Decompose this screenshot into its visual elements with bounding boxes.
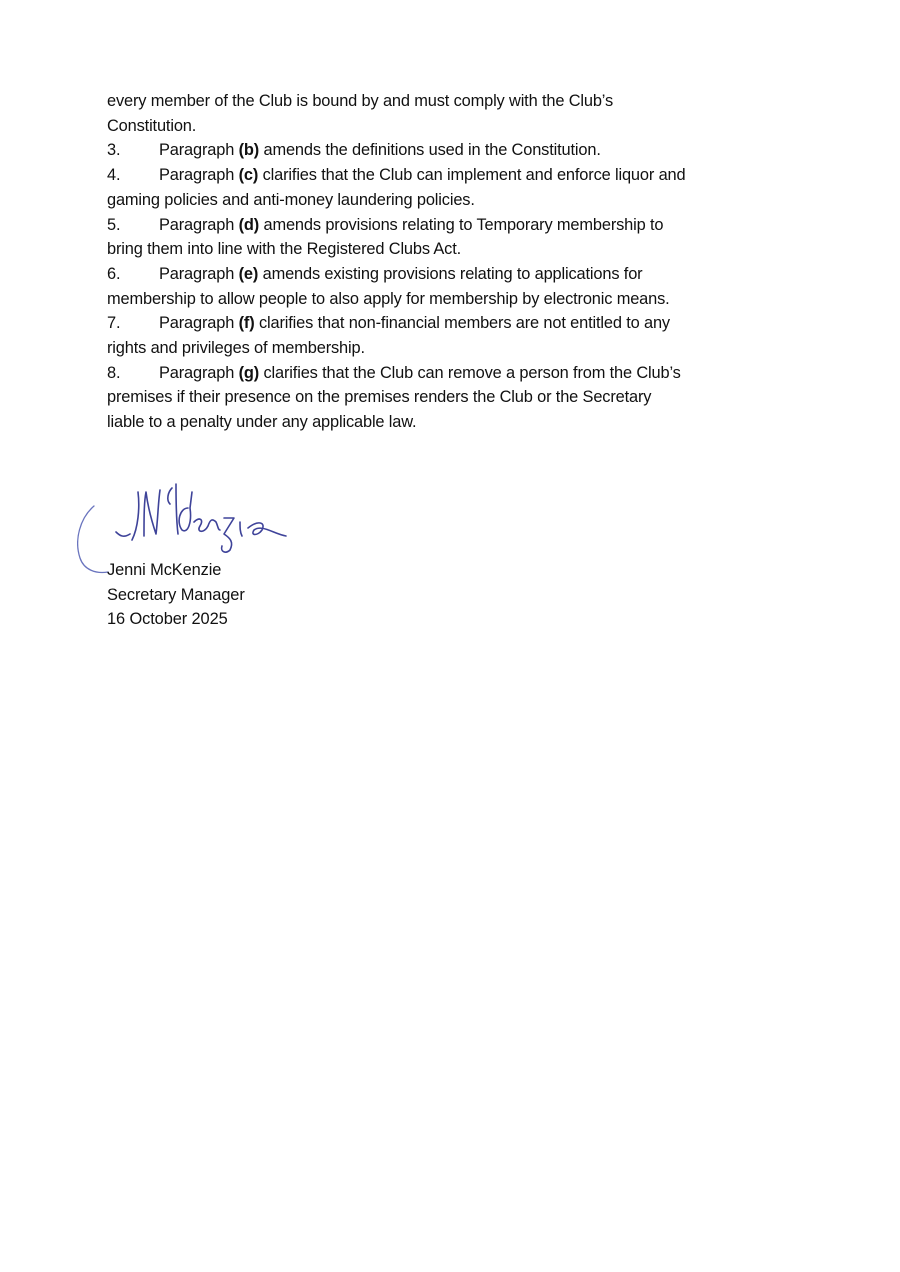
item-number: 3.: [107, 138, 159, 163]
list-item-continuation: liable to a penalty under any applicable…: [107, 410, 772, 435]
paragraph-ref: (d): [239, 216, 259, 234]
item-number: 7.: [107, 311, 159, 336]
list-item: 3.Paragraph (b) amends the definitions u…: [107, 138, 772, 163]
signature-block: Jenni McKenzie Secretary Manager 16 Octo…: [107, 558, 245, 632]
paragraph-ref: (b): [239, 141, 259, 159]
document-body: every member of the Club is bound by and…: [107, 89, 772, 435]
paragraph-ref: (e): [239, 265, 259, 283]
item-number: 8.: [107, 361, 159, 386]
list-item-continuation: premises if their presence on the premis…: [107, 385, 772, 410]
signatory-title: Secretary Manager: [107, 583, 245, 608]
signature-date: 16 October 2025: [107, 607, 245, 632]
list-item: 7.Paragraph (f) clarifies that non-finan…: [107, 311, 772, 336]
list-item: 5.Paragraph (d) amends provisions relati…: [107, 213, 772, 238]
continuation-line-1: every member of the Club is bound by and…: [107, 89, 772, 114]
signatory-name: Jenni McKenzie: [107, 558, 245, 583]
list-item: 6.Paragraph (e) amends existing provisio…: [107, 262, 772, 287]
paragraph-ref: (c): [239, 166, 259, 184]
continuation-line-2: Constitution.: [107, 114, 772, 139]
document-page: every member of the Club is bound by and…: [0, 0, 900, 1272]
paragraph-ref: (g): [239, 364, 259, 382]
item-number: 5.: [107, 213, 159, 238]
item-number: 4.: [107, 163, 159, 188]
list-item: 4.Paragraph (c) clarifies that the Club …: [107, 163, 772, 188]
item-number: 6.: [107, 262, 159, 287]
list-item: 8.Paragraph (g) clarifies that the Club …: [107, 361, 772, 386]
list-item-continuation: gaming policies and anti-money launderin…: [107, 188, 772, 213]
list-item-continuation: bring them into line with the Registered…: [107, 237, 772, 262]
paragraph-ref: (f): [239, 314, 255, 332]
list-item-continuation: rights and privileges of membership.: [107, 336, 772, 361]
list-item-continuation: membership to allow people to also apply…: [107, 287, 772, 312]
